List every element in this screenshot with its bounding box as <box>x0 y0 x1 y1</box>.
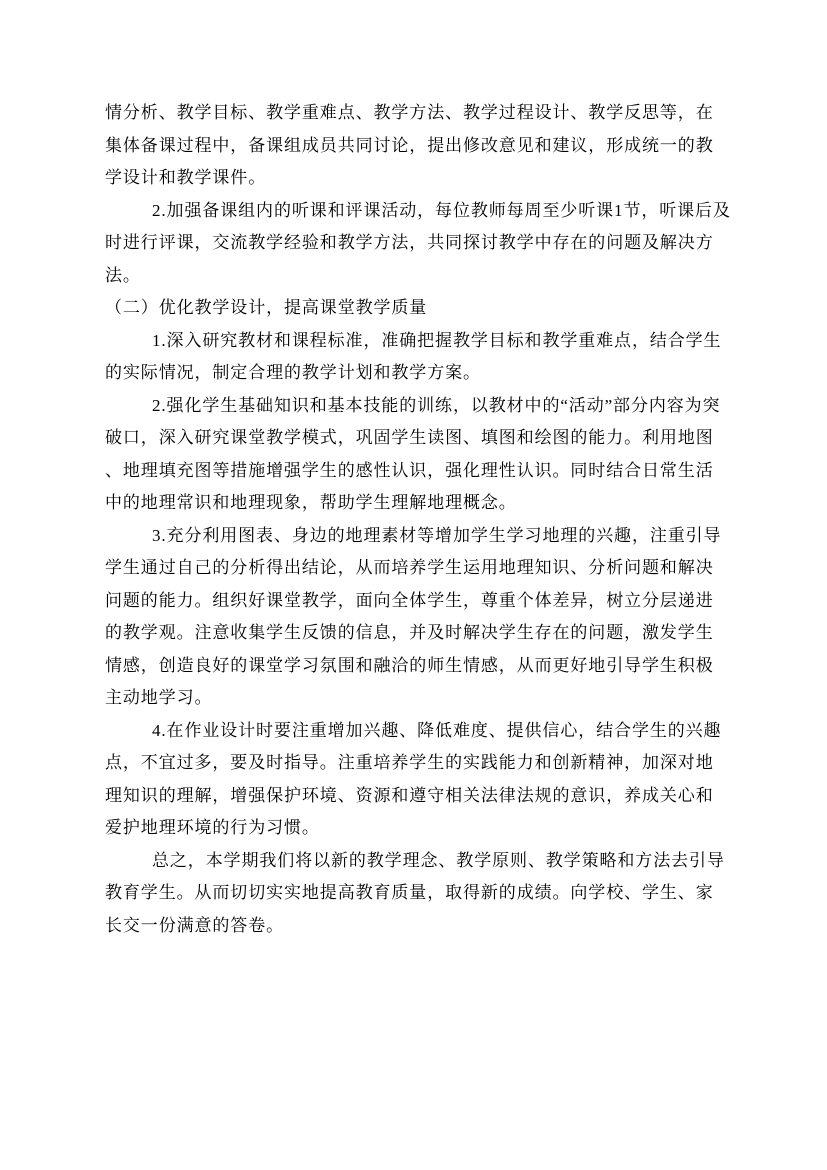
text-line: 时进行评课，交流教学经验和教学方法，共同探讨教学中存在的问题及解决方 <box>105 227 723 260</box>
text-line: 总之，本学期我们将以新的教学理念、教学原则、教学策略和方法去引导 <box>105 845 723 878</box>
text-line: 的实际情况，制定合理的教学计划和教学方案。 <box>105 357 723 390</box>
text-line: 情感，创造良好的课堂学习氛围和融洽的师生情感，从而更好地引导学生积极 <box>105 650 723 683</box>
text-line: 主动地学习。 <box>105 682 723 715</box>
text-line: 、地理填充图等措施增强学生的感性认识，强化理性认识。同时结合日常生活 <box>105 455 723 488</box>
text-line: 理知识的理解，增强保护环境、资源和遵守相关法律法规的意识，养成关心和 <box>105 780 723 813</box>
text-line: 中的地理常识和地理现象，帮助学生理解地理概念。 <box>105 487 723 520</box>
text-line: 法。 <box>105 260 723 293</box>
text-line: 3.充分利用图表、身边的地理素材等增加学生学习地理的兴趣，注重引导 <box>105 520 723 553</box>
text-line: 的教学观。注意收集学生反馈的信息，并及时解决学生存在的问题，激发学生 <box>105 617 723 650</box>
text-line: 1.深入研究教材和课程标准，准确把握教学目标和教学重难点，结合学生 <box>105 325 723 358</box>
text-line: 爱护地理环境的行为习惯。 <box>105 812 723 845</box>
text-line: 2.加强备课组内的听课和评课活动，每位教师每周至少听课1节，听课后及 <box>105 195 723 228</box>
text-line: 破口，深入研究课堂教学模式，巩固学生读图、填图和绘图的能力。利用地图 <box>105 422 723 455</box>
text-line: 点，不宜过多，要及时指导。注重培养学生的实践能力和创新精神，加深对地 <box>105 747 723 780</box>
text-line: 4.在作业设计时要注重增加兴趣、降低难度、提供信心，结合学生的兴趣 <box>105 715 723 748</box>
text-line: 学生通过自己的分析得出结论，从而培养学生运用地理知识、分析问题和解决 <box>105 552 723 585</box>
text-line: 教育学生。从而切切实实地提高教育质量，取得新的成绩。向学校、学生、家 <box>105 877 723 910</box>
text-line: 情分析、教学目标、教学重难点、教学方法、教学过程设计、教学反思等，在 <box>105 97 723 130</box>
text-line: 问题的能力。组织好课堂教学，面向全体学生，尊重个体差异，树立分层递进 <box>105 585 723 618</box>
text-line: 长交一份满意的答卷。 <box>105 910 723 943</box>
document-text: 情分析、教学目标、教学重难点、教学方法、教学过程设计、教学反思等，在集体备课过程… <box>105 97 723 942</box>
document-page: 情分析、教学目标、教学重难点、教学方法、教学过程设计、教学反思等，在集体备课过程… <box>0 0 827 1170</box>
text-line: 2.强化学生基础知识和基本技能的训练，以教材中的“活动”部分内容为突 <box>105 390 723 423</box>
text-line: 集体备课过程中，备课组成员共同讨论，提出修改意见和建议，形成统一的教 <box>105 130 723 163</box>
text-line: 学设计和教学课件。 <box>105 162 723 195</box>
section-heading: （二）优化教学设计，提高课堂教学质量 <box>105 292 723 325</box>
